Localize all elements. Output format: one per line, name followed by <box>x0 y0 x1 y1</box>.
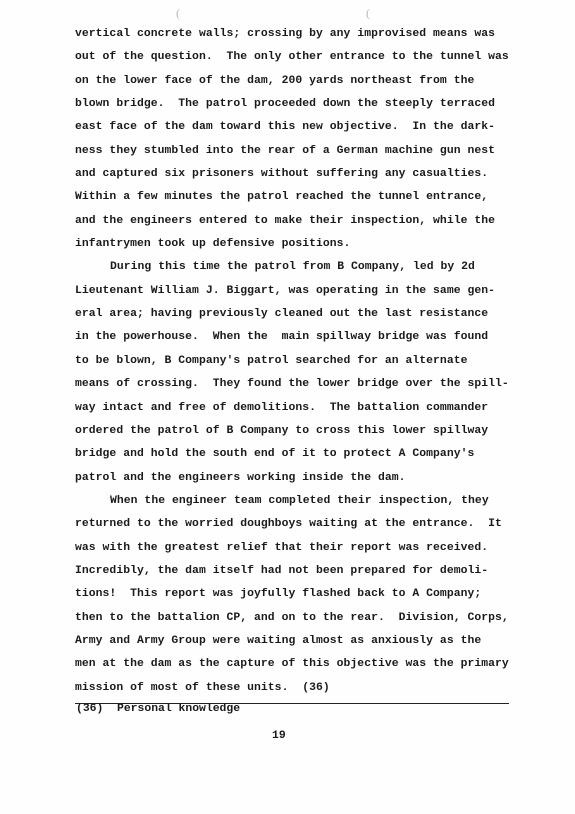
text-line: ordered the patrol of B Company to cross… <box>75 420 555 443</box>
text-line: mission of most of these units. (36) <box>75 677 555 700</box>
text-line: infantrymen took up defensive positions. <box>75 233 555 256</box>
text-line: When the engineer team completed their i… <box>75 490 555 513</box>
text-line: Within a few minutes the patrol reached … <box>75 186 555 209</box>
text-line: ness they stumbled into the rear of a Ge… <box>75 140 555 163</box>
text-line: patrol and the engineers working inside … <box>75 467 555 490</box>
text-line: out of the question. The only other entr… <box>75 46 555 69</box>
text-line: Incredibly, the dam itself had not been … <box>75 560 555 583</box>
text-line: eral area; having previously cleaned out… <box>75 303 555 326</box>
text-line: to be blown, B Company's patrol searched… <box>75 350 555 373</box>
text-line: vertical concrete walls; crossing by any… <box>75 23 555 46</box>
page-number: 19 <box>272 730 286 742</box>
text-line: and captured six prisoners without suffe… <box>75 163 555 186</box>
text-line: was with the greatest relief that their … <box>75 537 555 560</box>
text-line: tions! This report was joyfully flashed … <box>75 583 555 606</box>
text-line: men at the dam as the capture of this ob… <box>75 653 555 676</box>
text-line: Army and Army Group were waiting almost … <box>75 630 555 653</box>
text-line: then to the battalion CP, and on to the … <box>75 607 555 630</box>
text-line: blown bridge. The patrol proceeded down … <box>75 93 555 116</box>
document-page: ( ( vertical concrete walls; crossing by… <box>0 0 575 814</box>
text-line: east face of the dam toward this new obj… <box>75 116 555 139</box>
text-line: means of crossing. They found the lower … <box>75 373 555 396</box>
text-line: bridge and hold the south end of it to p… <box>75 443 555 466</box>
text-line: in the powerhouse. When the main spillwa… <box>75 326 555 349</box>
margin-mark: ( <box>176 6 180 21</box>
text-line: way intact and free of demolitions. The … <box>75 397 555 420</box>
text-line: returned to the worried doughboys waitin… <box>75 513 555 536</box>
margin-mark: ( <box>366 6 370 21</box>
body-text: vertical concrete walls; crossing by any… <box>75 23 555 700</box>
text-line: on the lower face of the dam, 200 yards … <box>75 70 555 93</box>
text-line: During this time the patrol from B Compa… <box>75 256 555 279</box>
text-line: and the engineers entered to make their … <box>75 210 555 233</box>
text-line: Lieutenant William J. Biggart, was opera… <box>75 280 555 303</box>
footnote: (36) Personal knowledge <box>76 703 240 715</box>
